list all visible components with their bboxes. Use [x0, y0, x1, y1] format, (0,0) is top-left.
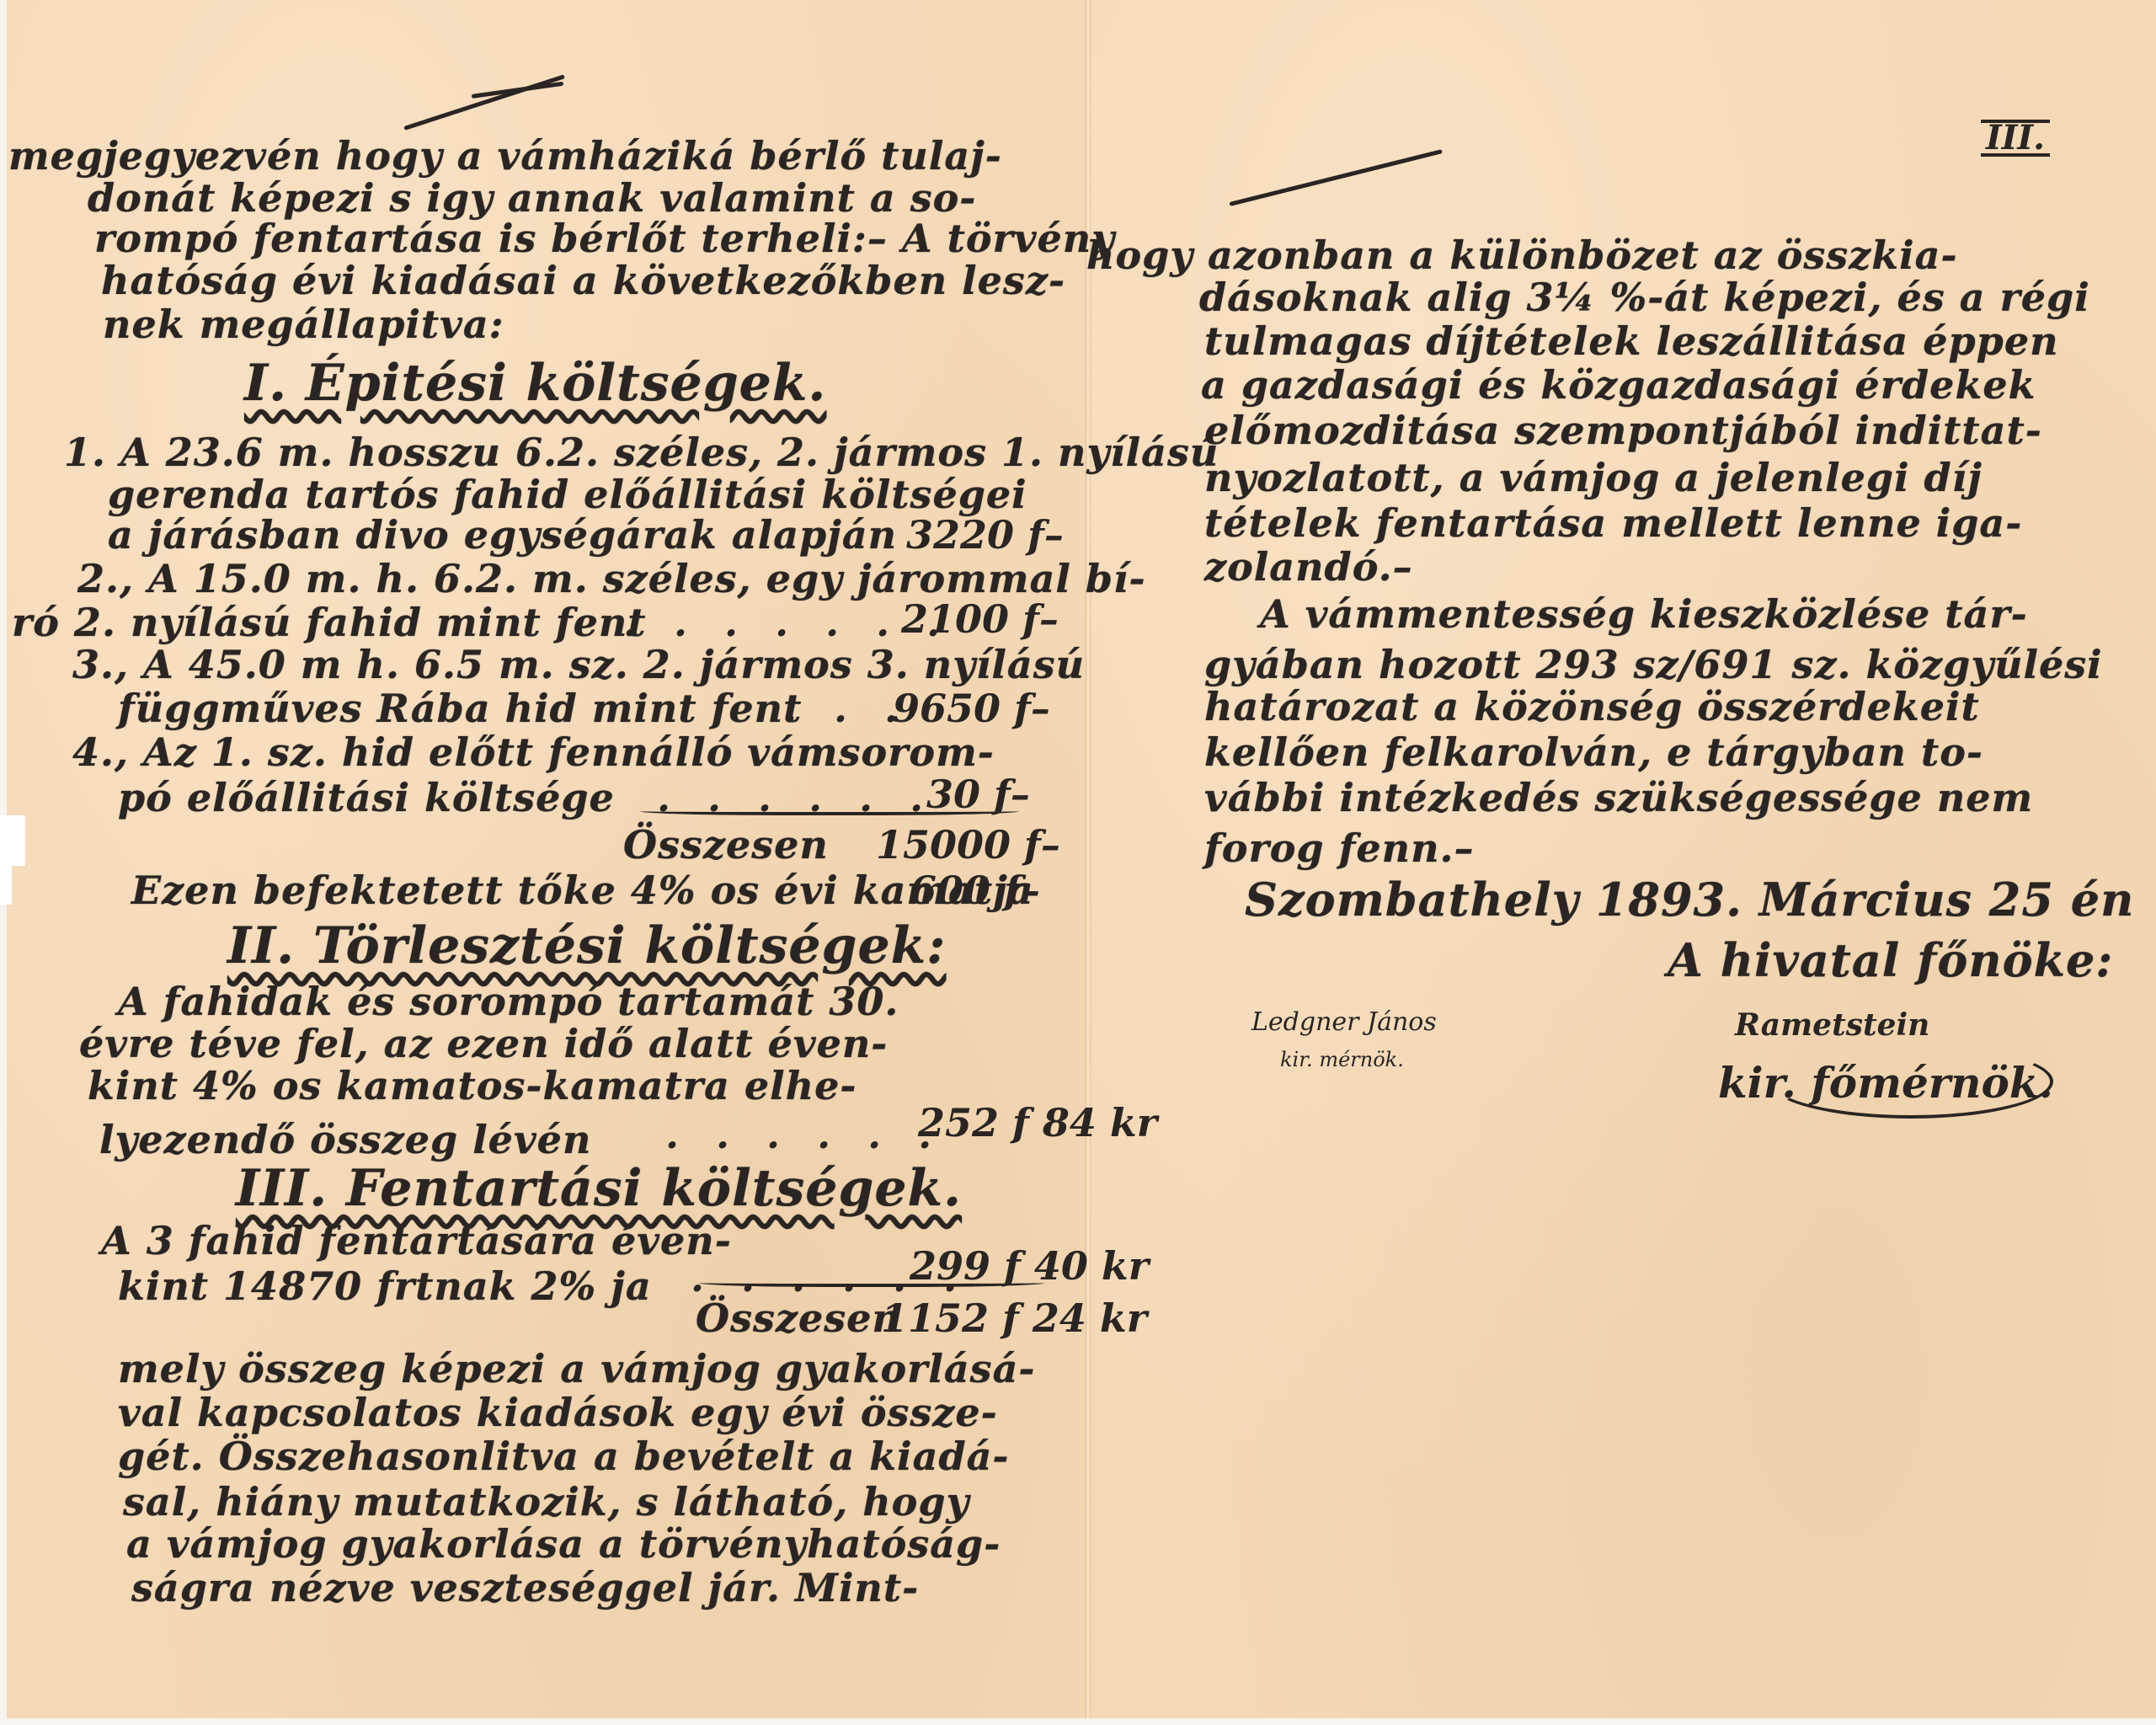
body-line: határozat a közönség összérdekeit [1204, 684, 1980, 729]
signature-flourish [1769, 1044, 2053, 1119]
intro-line: nek megállapitva: [103, 302, 504, 347]
item-3-line: függműves Rába hid mint fent [118, 686, 802, 731]
closing-line: mely összeg képezi a vámjog gyakorlásá- [118, 1346, 1035, 1391]
item-2-line: 2., A 15.0 m. h. 6.2. m. széles, egy jár… [77, 556, 1146, 601]
total-label: Összesen [623, 822, 829, 868]
interest-amount: 600 f– [910, 868, 1040, 913]
body-line: előmozditása szempontjából indittat- [1204, 408, 2042, 453]
item-2-line: ró 2. nyílású fahid mint fent [12, 600, 647, 645]
intro-line: donát képezi s igy annak valamint a so- [88, 175, 976, 221]
section-heading-construction: I. Épitési költségek. [244, 354, 826, 413]
intro-line: megjegyezvén hogy a vámháziká bérlő tula… [8, 133, 1002, 179]
amortization-line: évre téve fel, az ezen idő alatt éven- [79, 1021, 888, 1066]
sum-rule [699, 1277, 1044, 1287]
amortization-line: kint 4% os kamatos-kamatra elhe- [88, 1063, 857, 1108]
signature-engineer: Ledgner János [1251, 1007, 1437, 1037]
body-line: dásoknak alig 3¼ %-át képezi, és a régi [1199, 275, 2090, 320]
leader-dots: . . . . . . [665, 1112, 943, 1157]
item-3-line: 3., A 45.0 m h. 6.5 m. sz. 2. jármos 3. … [72, 642, 1085, 687]
page-number: III. [1981, 120, 2050, 157]
leader-dots: . . . [783, 686, 910, 731]
section-heading-amortization: II. Törlesztési költségek: [227, 916, 946, 975]
grand-total-amount: 1152 f 24 kr [881, 1295, 1147, 1341]
body-line: kellően felkarolván, e tárgyban to- [1204, 729, 1983, 775]
body-line: vábbi intézkedés szükségessége nem [1204, 775, 2033, 820]
place-date: Szombathely 1893. Március 25 én [1245, 873, 2134, 927]
item-3-amount: 9650 f– [893, 686, 1050, 731]
closing-line: ságra nézve veszteséggel jár. Mint- [131, 1565, 919, 1610]
sum-rule [640, 805, 1019, 815]
body-line: A vámmentesség kieszközlése tár- [1260, 591, 2028, 637]
item-2-amount: 2100 f– [901, 596, 1059, 642]
closing-line: val kapcsolatos kiadások egy évi össze- [118, 1390, 998, 1435]
item-1-line: 1. A 23.6 m. hosszu 6.2. széles, 2. járm… [64, 430, 1219, 475]
item-4-line: pó előállitási költsége [118, 775, 615, 820]
torn-edge [0, 866, 12, 905]
body-line: nyozlatott, a vámjog a jelenlegi díj [1204, 455, 1983, 500]
amortization-line: A fahidak és sorompó tartamát 30. [118, 979, 899, 1024]
body-line: zolandó.– [1204, 544, 1413, 590]
body-line: tételek fentartása mellett lenne iga- [1204, 500, 2022, 546]
interest-line: Ezen befektetett tőke 4% os évi kamatja [131, 868, 1034, 913]
body-line: hogy azonban a különbözet az összkia- [1086, 232, 1958, 278]
item-1-amount: 3220 f– [906, 512, 1064, 558]
item-1-line: gerenda tartós fahid előállitási költség… [108, 472, 1027, 517]
body-line: gyában hozott 293 sz/691 sz. közgyűlési [1204, 642, 2103, 687]
body-line: a gazdasági és közgazdasági érdekek [1201, 362, 2036, 408]
amortization-amount: 252 f 84 kr [918, 1100, 1157, 1146]
office-title: A hivatal főnöke: [1668, 933, 2113, 987]
amortization-line: lyezendő összeg lévén [99, 1117, 591, 1162]
body-line: tulmagas díjtételek leszállitása éppen [1204, 318, 2059, 364]
torn-edge [0, 815, 25, 866]
signature-engineer-title: kir. mérnök. [1280, 1048, 1404, 1071]
section-heading-maintenance: III. Fentartási költségek. [236, 1159, 962, 1218]
maintenance-line: kint 14870 frtnak 2% ja [118, 1263, 652, 1309]
signature-chief-engineer: Rametstein [1735, 1007, 1929, 1043]
closing-line: gét. Összehasonlitva a bevételt a kiadá- [118, 1434, 1010, 1479]
item-4-line: 4., Az 1. sz. hid előtt fennálló vámsoro… [72, 729, 995, 775]
body-line: forog fenn.– [1204, 825, 1475, 871]
item-1-line: a járásban divo egységárak alapján [108, 512, 897, 558]
intro-line: rompó fentartása is bérlőt terheli:– A t… [94, 216, 1115, 261]
grand-total-label: Összesen [696, 1295, 901, 1341]
closing-line: sal, hiány mutatkozik, s látható, hogy [123, 1479, 969, 1525]
closing-line: a vámjog gyakorlása a törvényhatóság- [126, 1521, 1001, 1567]
intro-line: hatóság évi kiadásai a következőkben les… [101, 258, 1065, 303]
total-amount: 15000 f– [876, 822, 1060, 868]
maintenance-line: A 3 fahid fentartására éven- [101, 1218, 732, 1263]
